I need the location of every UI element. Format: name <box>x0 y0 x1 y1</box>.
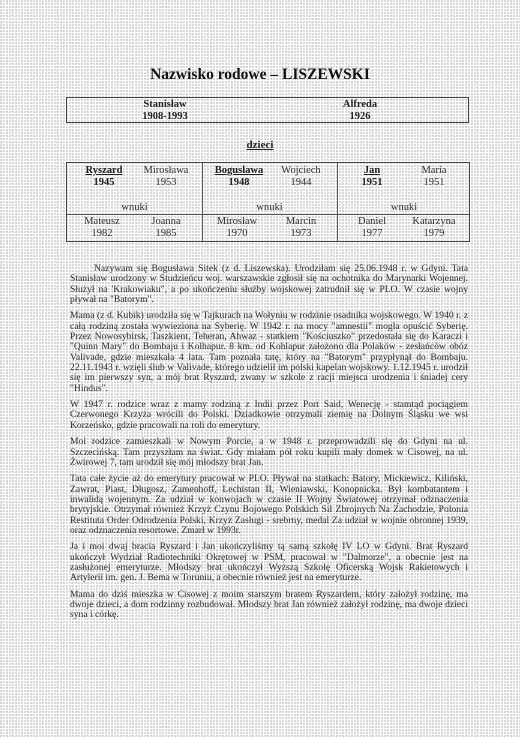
grandchild-cell: Mateusz 1982 <box>67 216 137 239</box>
biography-text: Nazywam się Bogusława Sitek (z d. Liszew… <box>70 264 468 627</box>
spouse-name: Maria <box>399 165 469 177</box>
child-year: 1945 <box>69 177 139 189</box>
grandchild-name: Mateusz <box>67 216 137 228</box>
family-column: Jan 1951 Maria 1951 wnuki Daniel 1977 Ka… <box>337 163 471 241</box>
grandchild-year: 1982 <box>67 228 137 240</box>
grandchild-cell: Mirosław 1970 <box>202 216 272 239</box>
grandchild-year: 1973 <box>266 228 336 240</box>
grandchild-cell: Joanna 1985 <box>131 216 201 239</box>
paragraph: Ja i moi dwaj bracia Ryszard i Jan ukońc… <box>70 542 468 583</box>
paragraph: Tata całe życie aż do emerytury pracował… <box>70 474 468 536</box>
parent-years: 1908-1993 <box>95 111 235 123</box>
spouse-name: Mirosława <box>131 165 201 177</box>
child-name: Ryszard <box>69 165 139 177</box>
grandchild-year: 1977 <box>337 228 407 240</box>
parent-name: Alfreda <box>290 99 430 111</box>
grandchild-name: Joanna <box>131 216 201 228</box>
child-cell: Ryszard 1945 <box>69 165 139 188</box>
grandchild-name: Marcin <box>266 216 336 228</box>
child-year: 1948 <box>204 177 274 189</box>
grandchildren-label: wnuki <box>337 202 471 213</box>
children-table: Ryszard 1945 Mirosława 1953 wnuki Mateus… <box>66 162 470 242</box>
grandchildren-label: wnuki <box>67 202 202 213</box>
child-year: 1951 <box>337 177 407 189</box>
spouse-name: Wojciech <box>266 165 336 177</box>
grandchild-year: 1970 <box>202 228 272 240</box>
paragraph: Nazywam się Bogusława Sitek (z d. Liszew… <box>70 264 468 305</box>
child-name: Jan <box>337 165 407 177</box>
grandchildren-label: wnuki <box>202 202 337 213</box>
family-column: Ryszard 1945 Mirosława 1953 wnuki Mateus… <box>67 163 202 241</box>
paragraph: Mama (z d. Kubik) urodziła się w Tajkura… <box>70 311 468 394</box>
paragraph: Moi rodzice zamieszkali w Nowym Porcie, … <box>70 437 468 468</box>
parent-years: 1926 <box>290 111 430 123</box>
grandchild-name: Mirosław <box>202 216 272 228</box>
grandchild-cell: Daniel 1977 <box>337 216 407 239</box>
parent-name: Stanisław <box>95 99 235 111</box>
paragraph: Mama do dziś mieszka w Cisowej z moim st… <box>70 590 468 621</box>
paragraph: W 1947 r. rodzice wraz z mamy rodziną z … <box>70 400 468 431</box>
page-title: Nazwisko rodowe – LISZEWSKI <box>0 66 520 84</box>
children-heading: dzieci <box>0 139 520 151</box>
grandchild-year: 1979 <box>399 228 469 240</box>
document-page: Nazwisko rodowe – LISZEWSKI Stanisław 19… <box>0 0 520 738</box>
grandchild-name: Daniel <box>337 216 407 228</box>
grandchild-cell: Katarzyna 1979 <box>399 216 469 239</box>
family-column: Bogusława 1948 Wojciech 1944 wnuki Miros… <box>202 163 337 241</box>
spouse-year: 1944 <box>266 177 336 189</box>
spouse-cell: Mirosława 1953 <box>131 165 201 188</box>
parent-mother: Alfreda 1926 <box>290 99 430 122</box>
child-cell: Jan 1951 <box>337 165 407 188</box>
spouse-cell: Maria 1951 <box>399 165 469 188</box>
grandchild-year: 1985 <box>131 228 201 240</box>
child-cell: Bogusława 1948 <box>204 165 274 188</box>
spouse-cell: Wojciech 1944 <box>266 165 336 188</box>
child-name: Bogusława <box>204 165 274 177</box>
grandchild-name: Katarzyna <box>399 216 469 228</box>
parents-box: Stanisław 1908-1993 Alfreda 1926 <box>66 97 469 123</box>
parent-father: Stanisław 1908-1993 <box>95 99 235 122</box>
grandchild-cell: Marcin 1973 <box>266 216 336 239</box>
spouse-year: 1951 <box>399 177 469 189</box>
spouse-year: 1953 <box>131 177 201 189</box>
